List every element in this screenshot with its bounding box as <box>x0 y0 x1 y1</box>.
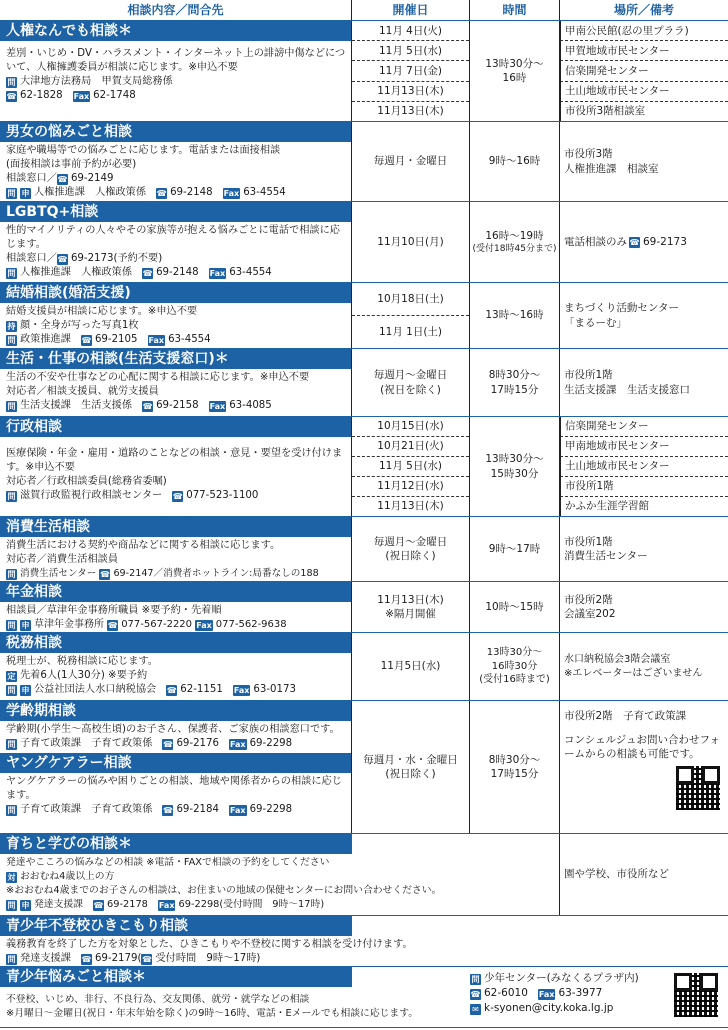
date: 11月13日(木) <box>352 497 469 516</box>
date: 11月 4日(火) <box>352 21 469 41</box>
phone-icon: ☎ <box>629 237 640 248</box>
place: 信楽開発センター <box>560 61 728 81</box>
fax: 63-4554 <box>229 267 272 278</box>
section-desc: 税理士が、税務相談に応じます。 <box>6 655 347 669</box>
section-title: 年金相談 <box>0 582 351 602</box>
section-development: 育ちと学びの相談＊ 発達やこころの悩みなどの相談 ※電話・FAXで相談の予約をし… <box>0 834 728 916</box>
inquiry-icon: 問 <box>6 188 17 199</box>
apply-icon: 申 <box>20 620 31 631</box>
header-place: 場所／備考 <box>560 0 728 20</box>
fax-icon: Fax <box>148 335 166 346</box>
section-title: 結婚相談(婚活支援) <box>0 283 351 303</box>
place: 市役所2階 子育て政策課 <box>564 709 686 723</box>
time: 9時～16時 <box>470 122 560 201</box>
date: 11月 1日(土) <box>352 316 469 348</box>
fax: 077-562-9638 <box>216 619 287 630</box>
fax: 69-2298 <box>250 738 293 749</box>
section-desc: 発達やこころの悩みなどの相談 ※電話・FAXで相談の予約をしてください <box>6 856 555 870</box>
section-title: 税務相談 <box>0 633 351 653</box>
fax: 63-4554 <box>168 334 211 345</box>
section-desc: 家庭や職場等での悩みごとに応じます。電話または面接相談 <box>6 144 347 158</box>
section-pension: 年金相談 相談員／草津年金事務所職員 ※要予約・先着順 問申草津年金事務所 ☎0… <box>0 582 728 633</box>
qr-code[interactable] <box>676 766 720 810</box>
time: 10時～15時 <box>470 582 560 632</box>
contact: 政策推進課 <box>20 334 71 345</box>
section-hikikomori: 青少年不登校ひきこもり相談 義務教育を終了した方を対象とした、ひきこもりや不登校… <box>0 916 728 966</box>
contact: 人権推進課 人権政策係 <box>34 187 146 198</box>
contact: 公益社団法人水口納税協会 <box>34 684 156 695</box>
place: 土山地域市民センター <box>560 82 728 102</box>
section-desc: 性的マイノリティの人々やその家族等が抱える悩みごとに電話で相談に応じます。 <box>6 224 347 252</box>
place-list: 信楽開発センター 甲南地域市民センター 土山地域市民センター 市役所1階 かふか… <box>560 417 728 516</box>
time: 9時～17時 <box>470 517 560 581</box>
section-title: 男女の悩みごと相談 <box>0 122 351 142</box>
fax-icon: Fax <box>209 401 227 412</box>
section-desc: 医療保険・年金・雇用・道路のことなどの相談・意見・要望を受け付けます。※申込不要 <box>6 447 347 475</box>
section-livelihood: 生活・仕事の相談(生活支援窓口)＊ 生活の不安や仕事などの心配に関する相談に応じ… <box>0 349 728 417</box>
inquiry-icon: 問 <box>6 491 17 502</box>
contact: 消費生活センター <box>20 568 96 579</box>
section-title: LGBTQ+相談 <box>0 202 351 222</box>
section-consumer: 消費生活相談 消費生活における契約や商品などに関する相談に応じます。 対応者／消… <box>0 517 728 582</box>
section-desc-2: (面接相談は事前予約が必要) <box>6 158 347 172</box>
tel[interactable]: 077-567-2220 <box>121 619 192 630</box>
section-marriage: 結婚相談(婚活支援) 結婚支援員が相談に応じます。※申込不要 持顔・全身が写った… <box>0 283 728 349</box>
date: 毎週月・水・金曜日 (祝日除く) <box>352 701 470 833</box>
tel[interactable]: 69-2148 <box>156 267 199 278</box>
contact: 発達支援課 <box>20 953 71 964</box>
inquiry-icon: 問 <box>6 954 17 965</box>
phone-icon: ☎ <box>99 569 110 580</box>
section-desc: 差別・いじめ・DV・ハラスメント・インターネット上の誹謗中傷などについて、人権擁… <box>6 47 347 75</box>
tel[interactable]: 69-2176 <box>176 738 219 749</box>
phone-icon: ☎ <box>162 805 173 816</box>
place: 園や学校、市役所など <box>560 834 728 915</box>
place: かふか生涯学習館 <box>560 497 728 516</box>
tel[interactable]: 62-1151 <box>180 684 223 695</box>
staff: 対応者／消費生活相談員 <box>6 553 347 567</box>
date: 11月12日(水) <box>352 477 469 497</box>
phone-icon: ☎ <box>6 91 17 102</box>
phone-icon: ☎ <box>107 620 118 631</box>
tel[interactable]: 69-2148 <box>170 187 213 198</box>
section-tax: 税務相談 税理士が、税務相談に応じます。 定先着6人(1人30分) ※要予約 問… <box>0 633 728 701</box>
contact: 子育て政策課 子育て政策係 <box>20 804 152 815</box>
section-title: 青少年悩みごと相談＊ <box>0 967 352 987</box>
place: 甲賀地域市民センター <box>560 41 728 61</box>
tel[interactable]: 62-6010 <box>484 987 528 999</box>
inquiry-icon: 問 <box>470 974 481 985</box>
window-tel[interactable]: 69-2149 <box>71 173 114 184</box>
contact: 子育て政策課 子育て政策係 <box>20 738 152 749</box>
section-youth: 青少年悩みごと相談＊ 不登校、いじめ、非行、不良行為、交友関係、就労・就学などの… <box>0 966 728 1028</box>
time-note: (受付18時45分まで) <box>473 243 557 255</box>
capacity-icon: 定 <box>6 671 17 682</box>
contact: 生活支援課 生活支援係 <box>20 400 132 411</box>
header-time: 時間 <box>470 0 560 20</box>
tel[interactable]: 62-1828 <box>20 90 63 101</box>
phone-icon: ☎ <box>57 174 68 185</box>
fax-icon: Fax <box>223 188 241 199</box>
section-children: 学齢期相談 学齢期(小学生～高校生頃)のお子さん、保護者、ご家族の相談窓口です。… <box>0 701 728 834</box>
qr-code[interactable] <box>674 973 718 1017</box>
fax: 62-1748 <box>93 90 136 101</box>
inquiry-icon: 問 <box>6 620 17 631</box>
staff: 対応者／行政相談委員(総務省委嘱) <box>6 475 347 489</box>
inquiry-icon: 問 <box>6 77 17 88</box>
fax: 63-0173 <box>253 684 296 695</box>
inquiry-icon: 問 <box>6 569 17 580</box>
place: 水口納税協会3階会議室 ※エレベーターはございません <box>560 633 728 700</box>
section-desc: 結婚支援員が相談に応じます。※申込不要 <box>6 305 347 319</box>
place: 信楽開発センター <box>560 417 728 437</box>
target: おおむね4歳以上の方 <box>20 871 114 882</box>
tel-note: 受付時間 9時～17時) <box>155 953 260 964</box>
inquiry-icon: 問 <box>6 685 17 696</box>
bring-item: 顔・全身が写った写真1枚 <box>20 320 139 331</box>
date: 11月13日(木) <box>352 102 469 121</box>
section-title: 消費生活相談 <box>0 517 351 537</box>
time: 13時30分～ 16時30分 (受付16時まで) <box>470 633 560 700</box>
place: 市役所3階 人権推進課 相談室 <box>560 122 728 201</box>
phone-icon: ☎ <box>93 900 104 911</box>
fax-icon: Fax <box>73 91 91 102</box>
inquiry-icon: 問 <box>6 401 17 412</box>
date: 10月21日(火) <box>352 437 469 457</box>
place: 土山地域市民センター <box>560 457 728 477</box>
section-lgbtq: LGBTQ+相談 性的マイノリティの人々やその家族等が抱える悩みごとに電話で相談… <box>0 202 728 283</box>
table-header: 相談内容／問合先 開催日 時間 場所／備考 <box>0 0 728 20</box>
phone-icon: ☎ <box>141 954 152 965</box>
place: 市役所1階 生活支援課 生活支援窓口 <box>560 349 728 416</box>
phone-icon: ☎ <box>81 335 92 346</box>
inquiry-icon: 問 <box>6 805 17 816</box>
date: 10月18日(土) <box>352 283 469 316</box>
header-content: 相談内容／問合先 <box>0 0 352 20</box>
tel[interactable]: 077-523-1100 <box>186 490 258 501</box>
date: 毎週月・金曜日 <box>352 122 470 201</box>
phone-icon: ☎ <box>142 401 153 412</box>
time: 13時30分～ 15時30分 <box>470 417 560 516</box>
phone-icon: ☎ <box>172 491 183 502</box>
target-icon: 対 <box>6 872 17 883</box>
contact: 草津年金事務所 <box>34 619 104 630</box>
place-list: 甲南公民館(忍の里プララ) 甲賀地域市民センター 信楽開発センター 土山地域市民… <box>560 21 728 121</box>
section-desc: 学齢期(小学生～高校生頃)のお子さん、保護者、ご家族の相談窓口です。 <box>6 723 347 737</box>
phone-icon: ☎ <box>81 954 92 965</box>
date: 11月5日(水) <box>352 633 470 700</box>
section-title: ヤングケアラー相談 <box>0 753 351 773</box>
date: 11月13日(木) <box>352 82 469 102</box>
section-administrative: 行政相談 医療保険・年金・雇用・道路のことなどの相談・意見・要望を受け付けます。… <box>0 417 728 517</box>
phone-icon: ☎ <box>156 188 167 199</box>
fax: 69-2298 <box>250 804 293 815</box>
inquiry-icon: 問 <box>6 739 17 750</box>
place-tel[interactable]: 69-2173 <box>643 235 687 249</box>
note: ※おおむね4歳までのお子さんの相談は、お住まいの地域の保健センターにお問い合わせ… <box>6 884 555 898</box>
place: 市役所1階 <box>560 477 728 497</box>
apply-icon: 申 <box>20 900 31 911</box>
date: 毎週月～金曜日 (祝日除く) <box>352 517 470 581</box>
section-gender: 男女の悩みごと相談 家庭や職場等での悩みごとに応じます。電話または面接相談 (面… <box>0 122 728 202</box>
fax: 63-3977 <box>558 987 602 999</box>
fax-icon: Fax <box>195 620 213 631</box>
tel[interactable]: 69-2179( <box>95 953 142 964</box>
header-date: 開催日 <box>352 0 470 20</box>
section-desc: 消費生活における契約や商品などに関する相談に応じます。 <box>6 539 347 553</box>
date: 10月15日(水) <box>352 417 469 437</box>
section-desc: ヤングケアラーの悩みや困りごとの相談、地域や関係者からの相談に応じます。 <box>6 775 347 803</box>
section-title: 行政相談 <box>0 417 351 437</box>
inquiry-icon: 問 <box>6 335 17 346</box>
time: 13時～16時 <box>470 283 560 348</box>
date: 11月13日(木) ※隔月開催 <box>352 582 470 632</box>
place: 甲南公民館(忍の里プララ) <box>560 21 728 41</box>
section-title: 青少年不登校ひきこもり相談 <box>0 916 352 936</box>
fax: 63-4554 <box>243 187 286 198</box>
phone-icon: ☎ <box>166 685 177 696</box>
apply-icon: 申 <box>20 685 31 696</box>
place: まちづくり活動センター 「まるーむ」 <box>560 283 728 348</box>
tel[interactable]: 69-2158 <box>156 400 199 411</box>
fax-icon: Fax <box>209 268 227 279</box>
section-title: 人権なんでも相談＊ <box>0 21 351 41</box>
time: 8時30分～ 17時15分 <box>470 349 560 416</box>
staff: 対応者／相談支援員、就労支援員 <box>6 385 347 399</box>
date: 11月 5日(水) <box>352 457 469 477</box>
place: 甲南地域市民センター <box>560 437 728 457</box>
place: 市役所1階 消費生活センター <box>560 517 728 581</box>
window-label: 相談窓口／ <box>6 173 57 184</box>
email-link[interactable]: k-syonen@city.koka.lg.jp <box>484 1002 613 1014</box>
time: 16時～19時 <box>485 229 543 243</box>
date-list: 10月18日(土) 11月 1日(土) <box>352 283 470 348</box>
contact: 大津地方法務局 甲賀支局総務係 <box>20 76 173 87</box>
inquiry-icon: 問 <box>6 900 17 911</box>
date-list: 11月 4日(火) 11月 5日(水) 11月 7日(金) 11月13日(木) … <box>352 21 470 121</box>
fax-icon: Fax <box>158 900 176 911</box>
phone-icon: ☎ <box>162 739 173 750</box>
window-tel[interactable]: 69-2173(予約不要) <box>71 253 162 264</box>
tel[interactable]: 69-2184 <box>176 804 219 815</box>
tel[interactable]: 69-2147／消費者ホットライン:局番なしの188 <box>113 568 318 579</box>
capacity: 先着6人(1人30分) ※要予約 <box>20 670 147 681</box>
apply-icon: 申 <box>20 188 31 199</box>
date: 毎週月～金曜日 (祝日を除く) <box>352 349 470 416</box>
time: 13時30分～ 16時 <box>470 21 560 121</box>
section-title: 学齢期相談 <box>0 701 351 721</box>
tel[interactable]: 69-2178 <box>107 899 148 910</box>
tel[interactable]: 69-2105 <box>95 334 138 345</box>
fax-icon: Fax <box>233 685 251 696</box>
place: 電話相談のみ <box>564 235 627 249</box>
window-label: 相談窓口／ <box>6 253 57 264</box>
place: 市役所3階相談室 <box>560 102 728 121</box>
contact: 滋賀行政監視行政相談センター <box>20 490 162 501</box>
phone-icon: ☎ <box>470 989 481 1000</box>
contact: 少年センター(みなくるプラザ内) <box>484 972 639 984</box>
fax: 63-4085 <box>229 400 272 411</box>
fax-icon: Fax <box>229 739 247 750</box>
section-title: 生活・仕事の相談(生活支援窓口)＊ <box>0 349 351 369</box>
section-desc: 相談員／草津年金事務所職員 ※要予約・先着順 <box>6 604 347 618</box>
phone-icon: ☎ <box>142 268 153 279</box>
date: 11月 5日(水) <box>352 41 469 61</box>
mail-icon: ✉ <box>470 1004 481 1015</box>
date: 11月 7日(金) <box>352 61 469 81</box>
fax: 69-2298(受付時間 9時～17時) <box>178 899 324 910</box>
fax-icon: Fax <box>229 805 247 816</box>
inquiry-icon: 問 <box>6 268 17 279</box>
date-list: 10月15日(水) 10月21日(火) 11月 5日(水) 11月12日(水) … <box>352 417 470 516</box>
contact: 発達支援課 <box>34 899 83 910</box>
section-desc: 生活の不安や仕事などの心配に関する相談に応じます。※申込不要 <box>6 371 347 385</box>
date: 11月10日(月) <box>352 202 470 282</box>
form-note: コンシェルジュお問い合わせフォームからの相談も可能です。 <box>564 733 728 761</box>
phone-icon: ☎ <box>57 254 68 265</box>
section-title: 育ちと学びの相談＊ <box>0 834 352 854</box>
time: 8時30分～ 17時15分 <box>470 701 560 833</box>
contact: 人権推進課 人権政策係 <box>20 267 132 278</box>
section-human-rights: 人権なんでも相談＊ 差別・いじめ・DV・ハラスメント・インターネット上の誹謗中傷… <box>0 20 728 122</box>
bring-icon: 持 <box>6 321 17 332</box>
fax-icon: Fax <box>538 989 556 1000</box>
section-desc: 義務教育を終了した方を対象とした、ひきこもりや不登校に関する相談を受け付けます。 <box>6 938 724 952</box>
place: 市役所2階 会議室202 <box>560 582 728 632</box>
